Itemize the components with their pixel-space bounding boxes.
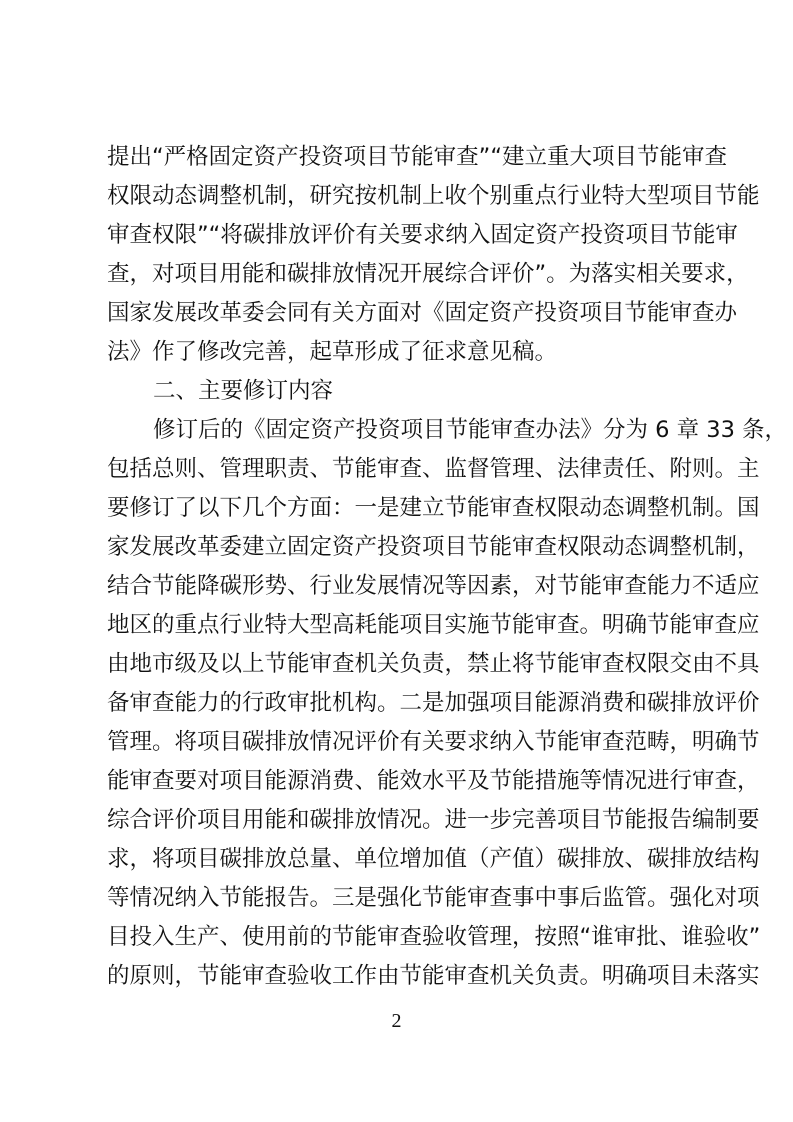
paragraph-line: 备审查能力的行政审批机构。二是加强项目能源消费和碳排放评价 xyxy=(107,688,689,718)
paragraph-line: 修订后的《固定资产投资项目节能审查办法》分为 6 章 33 条， xyxy=(153,415,689,445)
paragraph-line: 地区的重点行业特大型高耗能项目实施节能审查。明确节能审查应 xyxy=(107,610,689,640)
paragraph-line: 综合评价项目用能和碳排放情况。进一步完善项目节能报告编制要 xyxy=(107,805,689,835)
document-page: 提出“严格固定资产投资项目节能审查”“建立重大项目节能审查 权限动态调整机制，研… xyxy=(0,0,793,1122)
page-number: 2 xyxy=(0,1010,793,1033)
paragraph-line: 的原则，节能审查验收工作由节能审查机关负责。明确项目未落实 xyxy=(107,961,689,991)
paragraph-line: 查，对项目用能和碳排放情况开展综合评价”。为落实相关要求， xyxy=(107,259,689,289)
paragraph-line: 权限动态调整机制，研究按机制上收个别重点行业特大型项目节能 xyxy=(107,181,689,211)
paragraph-line: 能审查要对项目能源消费、能效水平及节能措施等情况进行审查， xyxy=(107,766,689,796)
section-heading: 二、主要修订内容 xyxy=(153,376,689,406)
paragraph-line: 目投入生产、使用前的节能审查验收管理，按照“谁审批、谁验收” xyxy=(107,922,689,952)
paragraph-line: 等情况纳入节能报告。三是强化节能审查事中事后监管。强化对项 xyxy=(107,883,689,913)
paragraph-line: 包括总则、管理职责、节能审查、监督管理、法律责任、附则。主 xyxy=(107,454,689,484)
paragraph-line: 由地市级及以上节能审查机关负责，禁止将节能审查权限交由不具 xyxy=(107,649,689,679)
paragraph-line: 审查权限”“将碳排放评价有关要求纳入固定资产投资项目节能审 xyxy=(107,220,689,250)
paragraph-line: 求，将项目碳排放总量、单位增加值（产值）碳排放、碳排放结构 xyxy=(107,844,689,874)
paragraph-line: 法》作了修改完善，起草形成了征求意见稿。 xyxy=(107,337,689,367)
paragraph-line: 要修订了以下几个方面：一是建立节能审查权限动态调整机制。国 xyxy=(107,493,689,523)
paragraph-line: 提出“严格固定资产投资项目节能审查”“建立重大项目节能审查 xyxy=(107,142,689,172)
paragraph-line: 国家发展改革委会同有关方面对《固定资产投资项目节能审查办 xyxy=(107,298,689,328)
paragraph-line: 管理。将项目碳排放情况评价有关要求纳入节能审查范畴，明确节 xyxy=(107,727,689,757)
paragraph-line: 结合节能降碳形势、行业发展情况等因素，对节能审查能力不适应 xyxy=(107,571,689,601)
paragraph-line: 家发展改革委建立固定资产投资项目节能审查权限动态调整机制， xyxy=(107,532,689,562)
